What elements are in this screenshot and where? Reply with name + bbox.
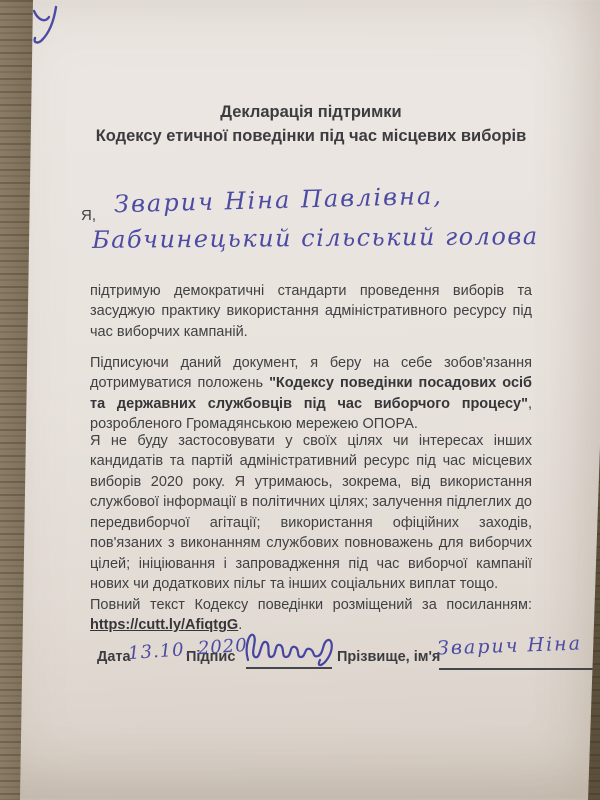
signature-scribble [240, 624, 338, 672]
corner-pen-mark [26, 4, 64, 46]
intro-prefix: Я, [81, 207, 96, 224]
document-title: Декларація підтримки Кодексу етичної пов… [90, 100, 532, 148]
code-url-text: https://cutt.ly/AfiqtgG [90, 617, 238, 633]
name-label: Прізвище, ім'я [337, 649, 440, 665]
paragraph-link-pre: Повний текст Кодексу поведінки розміщени… [90, 597, 532, 613]
name-underline [439, 668, 595, 670]
document-title-line1: Декларація підтримки [90, 100, 532, 124]
handwritten-declarant-name: Зварич Ніна Павлівна, [114, 182, 443, 219]
paragraph-support: підтримую демократичні стандарти проведе… [90, 281, 532, 343]
document-title-line2: Кодексу етичної поведінки під час місцев… [90, 124, 532, 148]
handwritten-name: Зварич Ніна [437, 632, 583, 659]
date-label: Дата [97, 649, 131, 665]
paper-sheet: Декларація підтримки Кодексу етичної пов… [0, 0, 600, 800]
handwritten-declarant-position: Бабчинецький сільський голова [92, 222, 539, 254]
paragraph-obligations: Я не буду застосовувати у своїх цілях чи… [90, 431, 532, 595]
paragraph-commitment: Підписуючи даний документ, я беру на себ… [90, 353, 532, 435]
photo-background: Декларація підтримки Кодексу етичної пов… [0, 0, 600, 800]
